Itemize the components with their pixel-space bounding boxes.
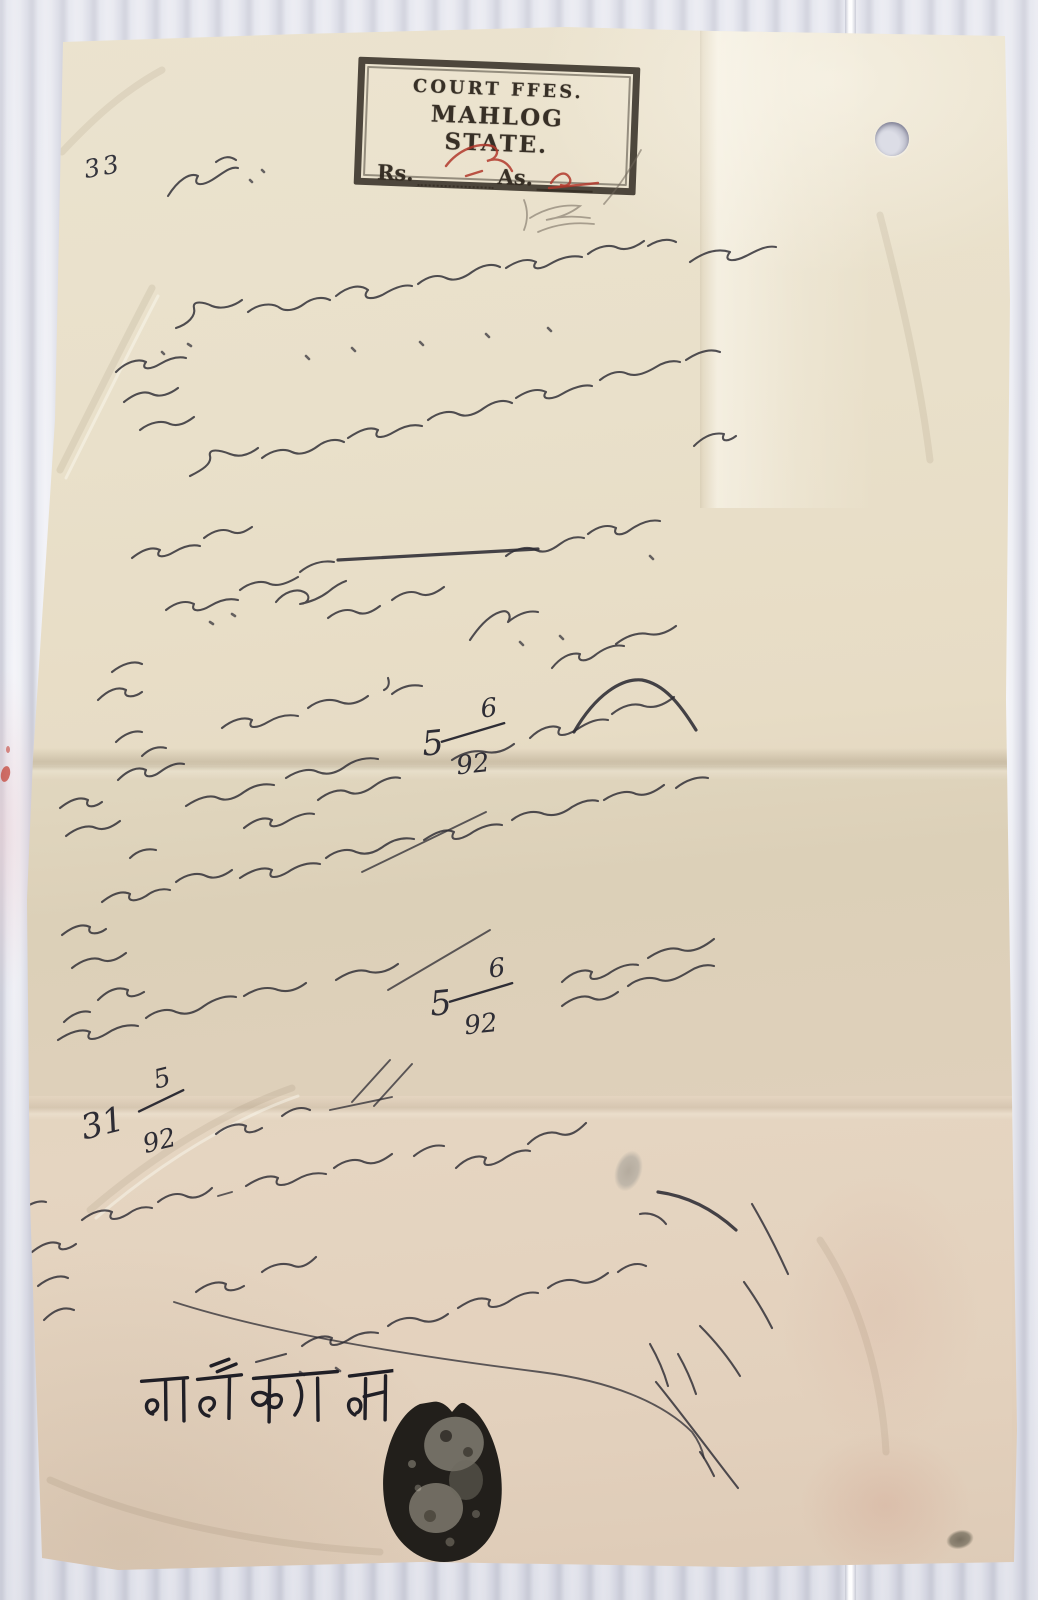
fraction-numerator: 6 bbox=[479, 693, 499, 725]
devanagari-signature bbox=[137, 1348, 396, 1435]
stamp-rs-blank bbox=[417, 164, 494, 189]
fraction-numerator: 5 bbox=[151, 1062, 174, 1095]
fee-fraction-middle: 5 6 92 bbox=[421, 946, 551, 1058]
fraction-denominator: 92 bbox=[463, 1008, 499, 1041]
red-speck-left-edge bbox=[6, 746, 10, 753]
fraction-whole: 5 bbox=[420, 723, 446, 765]
fraction-numerator: 6 bbox=[487, 953, 507, 985]
fraction-bar bbox=[449, 983, 514, 1002]
stamp-inner-border: COURT FFES. MAHLOG STATE. Rs. As. bbox=[363, 66, 631, 186]
fraction-whole: 5 bbox=[428, 983, 454, 1025]
stamp-as-blank bbox=[537, 169, 594, 193]
fraction-bar bbox=[441, 723, 506, 742]
fraction-denominator: 92 bbox=[140, 1123, 179, 1160]
ink-seal bbox=[372, 1392, 512, 1568]
stamp-line2: MAHLOG STATE. bbox=[374, 98, 620, 161]
punch-hole bbox=[875, 122, 909, 156]
stamp-rs-label: Rs. bbox=[377, 159, 415, 185]
photo-backdrop: COURT FFES. MAHLOG STATE. Rs. As. 33 bbox=[0, 0, 1038, 1600]
stamp-as-label: As. bbox=[497, 164, 533, 190]
fraction-whole: 31 bbox=[77, 1099, 129, 1148]
document-paper: COURT FFES. MAHLOG STATE. Rs. As. 33 bbox=[0, 0, 1038, 1600]
court-fees-stamp: COURT FFES. MAHLOG STATE. Rs. As. bbox=[354, 57, 641, 196]
fraction-denominator: 92 bbox=[455, 748, 491, 781]
fee-fraction-top: 5 6 92 bbox=[413, 686, 543, 798]
